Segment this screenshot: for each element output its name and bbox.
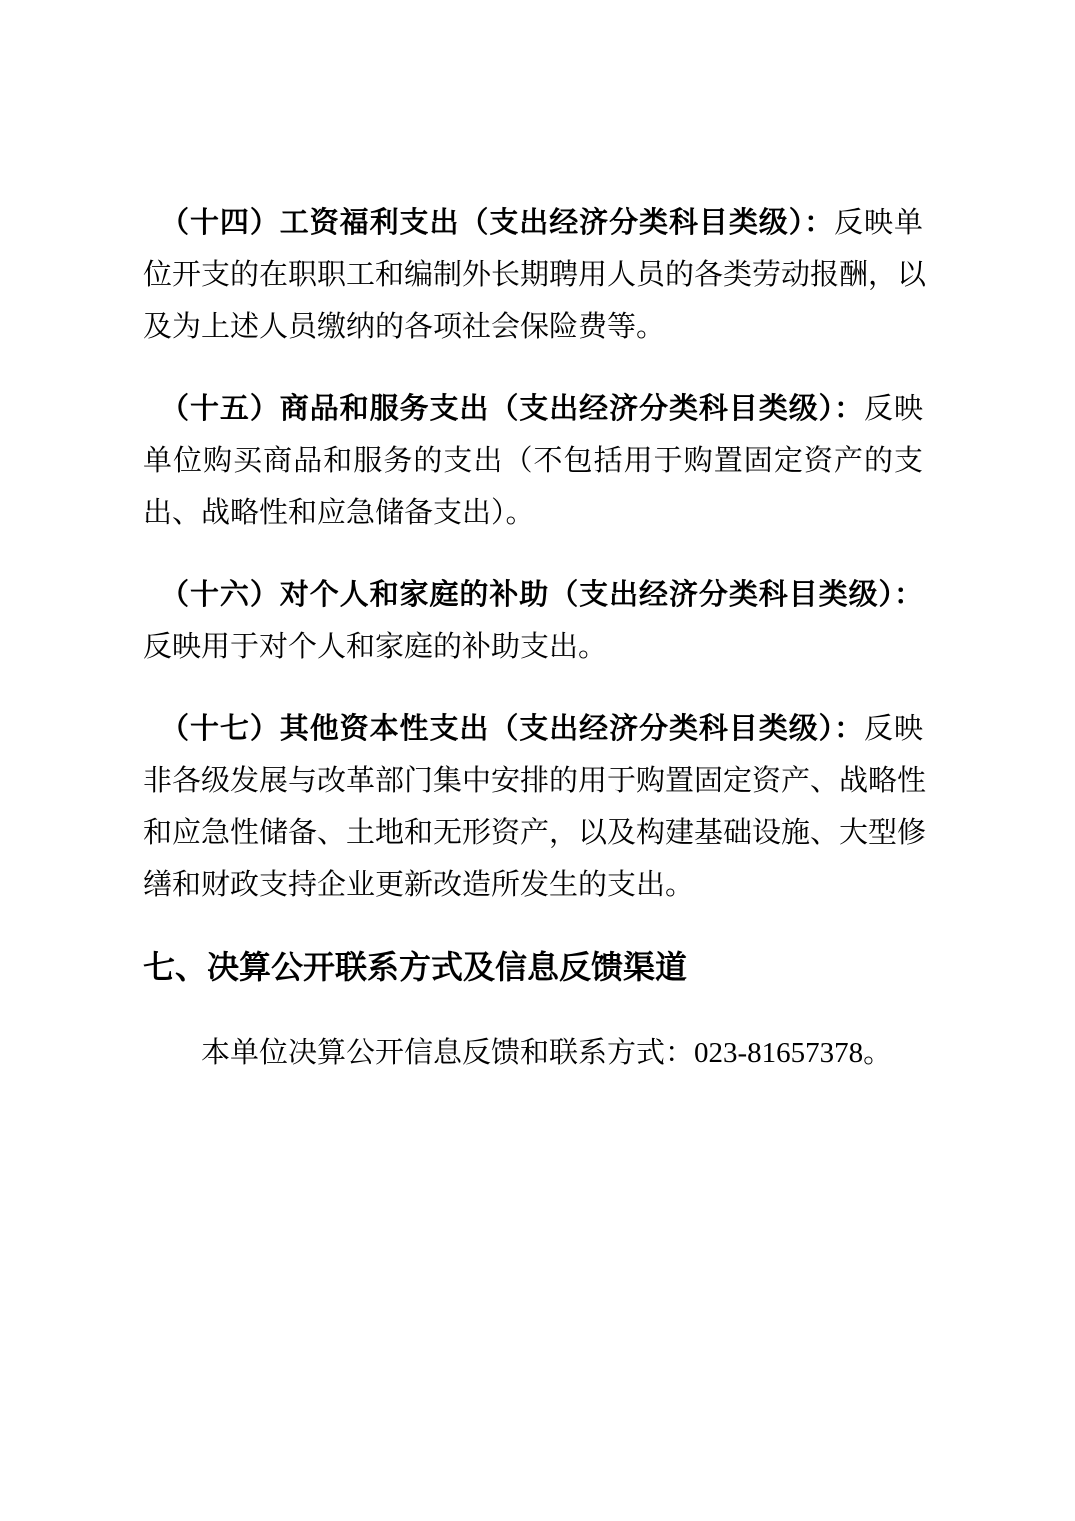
paragraph-first-line: （十四）工资福利支出（支出经济分类科目类级）：反映单 xyxy=(143,197,923,249)
paragraph-text: 反映单 xyxy=(834,207,923,239)
paragraph-line: 非各级发展与改革部门集中安排的用于购置固定资产、战略性 xyxy=(143,755,923,807)
section-heading-seven: 七、决算公开联系方式及信息反馈渠道 xyxy=(143,941,923,993)
paragraph-text: 反映 xyxy=(864,393,923,425)
paragraph-wage-welfare-expense: （十四）工资福利支出（支出经济分类科目类级）：反映单位开支的在职职工和编制外长期… xyxy=(143,197,923,353)
paragraph-goods-services-expense: （十五）商品和服务支出（支出经济分类科目类级）：反映单位购买商品和服务的支出（不… xyxy=(143,383,923,539)
document-page: （十四）工资福利支出（支出经济分类科目类级）：反映单位开支的在职职工和编制外长期… xyxy=(0,0,1075,1521)
paragraph-lead-bold: （十六）对个人和家庭的补助（支出经济分类科目类级）： xyxy=(160,579,923,611)
paragraph-individual-family-subsidy: （十六）对个人和家庭的补助（支出经济分类科目类级）：反映用于对个人和家庭的补助支… xyxy=(143,569,923,673)
paragraph-line: 和应急性储备、土地和无形资产，以及构建基础设施、大型修 xyxy=(143,807,923,859)
paragraph-line: 位开支的在职职工和编制外长期聘用人员的各类劳动报酬，以 xyxy=(143,249,923,301)
paragraph-lead-bold: （十四）工资福利支出（支出经济分类科目类级）： xyxy=(160,207,834,239)
contact-info-line: 本单位决算公开信息反馈和联系方式：023-81657378。 xyxy=(143,1027,923,1079)
paragraph-text: 反映 xyxy=(864,713,923,745)
paragraph-last-line: 及为上述人员缴纳的各项社会保险费等。 xyxy=(143,301,923,353)
paragraph-last-line: 反映用于对个人和家庭的补助支出。 xyxy=(143,621,923,673)
paragraph-lead-bold: （十五）商品和服务支出（支出经济分类科目类级）： xyxy=(160,393,864,425)
paragraph-last-line: 出、战略性和应急储备支出）。 xyxy=(143,487,923,539)
paragraph-first-line: （十六）对个人和家庭的补助（支出经济分类科目类级）： xyxy=(143,569,923,621)
paragraph-first-line: （十五）商品和服务支出（支出经济分类科目类级）：反映 xyxy=(143,383,923,435)
paragraph-other-capital-expense: （十七）其他资本性支出（支出经济分类科目类级）：反映非各级发展与改革部门集中安排… xyxy=(143,703,923,911)
paragraph-lead-bold: （十七）其他资本性支出（支出经济分类科目类级）： xyxy=(160,713,864,745)
paragraph-first-line: （十七）其他资本性支出（支出经济分类科目类级）：反映 xyxy=(143,703,923,755)
document-body: （十四）工资福利支出（支出经济分类科目类级）：反映单位开支的在职职工和编制外长期… xyxy=(143,197,923,1079)
paragraph-line: 单位购买商品和服务的支出（不包括用于购置固定资产的支 xyxy=(143,435,923,487)
paragraph-last-line: 缮和财政支持企业更新改造所发生的支出。 xyxy=(143,859,923,911)
